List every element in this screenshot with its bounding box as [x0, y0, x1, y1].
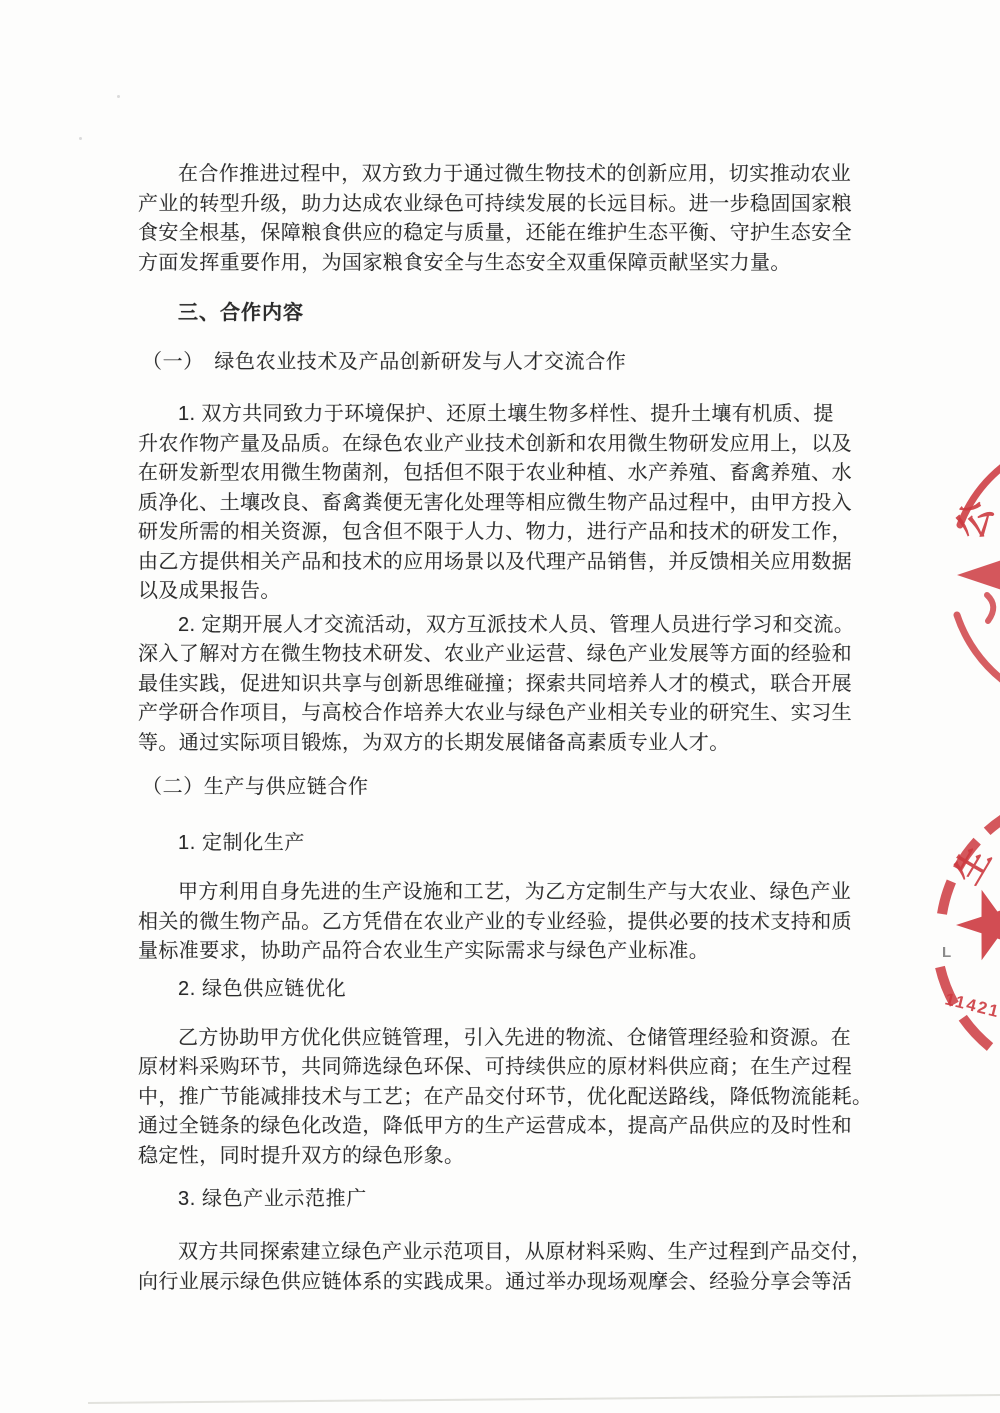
- item-1-title: 1. 定制化生产: [138, 828, 878, 858]
- seal-star-icon: [956, 890, 1000, 960]
- intro-paragraph: 在合作推进过程中，双方致力于通过微生物技术的创新应用，切实推动农业 产业的转型升…: [138, 160, 878, 278]
- seal-ring-bottom-arc: [957, 615, 1000, 710]
- seal-text: 公: [949, 495, 1000, 545]
- seal-star-icon: [957, 508, 1000, 642]
- company-seal-lower: 生 1142100: [930, 792, 1000, 1132]
- seal-serial-number: 1142100: [943, 989, 1000, 1027]
- company-seal-upper: 公: [935, 425, 1000, 725]
- clause-2-paragraph: 2. 定期开展人才交流活动，双方互派技术人员、管理人员进行学习和交流。 深入了解…: [138, 611, 878, 759]
- section-heading: 三、合作内容: [138, 298, 878, 328]
- seal-ring-top-arc: [942, 807, 1000, 914]
- scan-speck: [117, 95, 120, 98]
- seal-text: 生: [947, 840, 998, 890]
- clause-1-paragraph: 1. 双方共同致力于环境保护、还原土壤生物多样性、提升土壤有机质、提 升农作物产…: [138, 400, 878, 607]
- subsection-1-title: （一） 绿色农业技术及产品创新研发与人才交流合作: [138, 347, 878, 377]
- scan-speck: [79, 137, 82, 140]
- item-3-title: 3. 绿色产业示范推广: [138, 1184, 878, 1214]
- page-edge-line: [88, 1394, 1000, 1404]
- scanned-page: 在合作推进过程中，双方致力于通过微生物技术的创新应用，切实推动农业 产业的转型升…: [0, 0, 1000, 1413]
- document-body: 在合作推进过程中，双方致力于通过微生物技术的创新应用，切实推动农业 产业的转型升…: [138, 160, 878, 1297]
- item-3-paragraph: 双方共同探索建立绿色产业示范项目，从原材料采购、生产过程到产品交付， 向行业展示…: [138, 1238, 878, 1297]
- item-1-paragraph: 甲方利用自身先进的生产设施和工艺，为乙方定制生产与大农业、绿色产业 相关的微生物…: [138, 878, 878, 967]
- item-2-paragraph: 乙方协助甲方优化供应链管理，引入先进的物流、仓储管理经验和资源。在 原材料采购环…: [138, 1024, 878, 1172]
- seal-ring-top-arc: [960, 437, 1000, 525]
- seal-ink-fragment: [987, 595, 993, 621]
- side-mark: L: [942, 944, 951, 961]
- item-2-title: 2. 绿色供应链优化: [138, 974, 878, 1004]
- seal-ring-bottom-arc: [940, 967, 1000, 1078]
- subsection-2-title: （二）生产与供应链合作: [138, 772, 878, 802]
